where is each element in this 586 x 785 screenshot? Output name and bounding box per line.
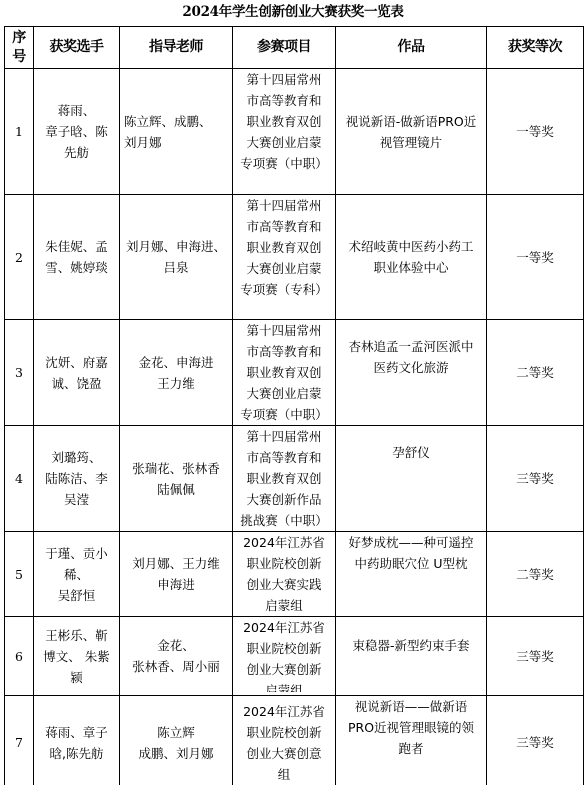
row-project: 2024年江苏省 职业院校创新 创业大赛创新 启蒙组 [233,617,336,696]
winners-line: 晗,陈先舫 [38,743,115,764]
table-row: 4 刘璐筠、 陆陈洁、李 吴滢 张瑞花、张林香 陆佩佩 第十四届常州 市高等教育… [5,426,584,532]
winners-line: 博文、 朱紫 [38,646,115,667]
advisors-line: 刘月娜、王力维 [124,553,228,574]
row-project: 2024年江苏省 职业院校创新 创业大赛实践 启蒙组 [233,532,336,617]
row-work: 好梦成枕——种可遥控 中药助眠穴位 U型枕 [336,532,487,617]
work-line: 好梦成枕——种可遥控 [340,532,482,553]
header-award: 获奖等次 [487,27,584,69]
project-line: 市高等教育和 [237,90,331,111]
winners-line: 刘璐筠、 [38,447,115,468]
row-winners: 蒋雨、 章子晗、陈 先舫 [34,69,120,195]
work-line: 束稳器-新型约束手套 [340,635,482,656]
winners-line: 陆陈洁、李 [38,468,115,489]
row-project: 2024年江苏省 职业院校创新 创业大赛创意 组 [233,696,336,785]
row-winners: 于瑾、贡小 稀、 吴舒恒 [34,532,120,617]
row-seq: 2 [5,195,34,320]
row-award: 二等奖 [487,320,584,426]
row-work: 术绍岐黄中医药小药工 职业体验中心 [336,195,487,320]
project-line: 大赛创新作品 [237,489,331,510]
winners-line: 吴滢 [38,489,115,510]
row-project: 第十四届常州 市高等教育和 职业教育双创 大赛创业启蒙 专项赛（中职） [233,320,336,426]
row-winners: 王彬乐、靳 博文、 朱紫 颍 [34,617,120,696]
row-winners: 朱佳妮、孟 雪、姚婷琰 [34,195,120,320]
header-winners: 获奖选手 [34,27,120,69]
project-line: 挑战赛（中职） [237,510,331,531]
project-line: 第十四届常州 [237,69,331,90]
row-project: 第十四届常州 市高等教育和 职业教育双创 大赛创新作品 挑战赛（中职） [233,426,336,532]
project-line: 大赛创业启蒙 [237,383,331,404]
work-line: 职业体验中心 [340,257,482,278]
advisors-line: 成鹏、刘月娜 [124,743,228,764]
row-advisors: 金花、申海进 王力维 [120,320,233,426]
row-award: 三等奖 [487,696,584,785]
row-award: 三等奖 [487,617,584,696]
work-line: 视管理镜片 [340,132,482,153]
advisors-line: 刘月娜、申海进、 [124,236,228,257]
table-row: 5 于瑾、贡小 稀、 吴舒恒 刘月娜、王力维 申海进 2024年江苏省 职业院校… [5,532,584,617]
project-line: 启蒙组 [237,680,331,692]
awards-table: 序号 获奖选手 指导老师 参赛项目 作品 获奖等次 1 蒋雨、 章子晗、陈 先舫… [4,26,584,785]
project-line: 专项赛（中职） [237,153,331,174]
row-advisors: 陈立辉、成鹏、 刘月娜 [120,69,233,195]
table-row: 6 王彬乐、靳 博文、 朱紫 颍 金花、 张林香、周小丽 2024年江苏省 职业… [5,617,584,696]
row-advisors: 刘月娜、申海进、 吕泉 [120,195,233,320]
winners-line: 吴舒恒 [38,585,115,606]
project-line: 市高等教育和 [237,447,331,468]
project-line: 第十四届常州 [237,195,331,216]
project-line: 职业教育双创 [237,237,331,258]
project-line: 大赛创业启蒙 [237,132,331,153]
advisors-line: 张林香、周小丽 [124,656,228,677]
row-award: 一等奖 [487,195,584,320]
advisors-line: 陈立辉 [124,722,228,743]
project-line: 启蒙组 [237,595,331,616]
advisors-line: 吕泉 [124,257,228,278]
row-work: 束稳器-新型约束手套 [336,617,487,696]
row-work: 杏林追孟一孟河医派中 医药文化旅游 [336,320,487,426]
winners-line: 蒋雨、 [38,100,115,121]
row-award: 一等奖 [487,69,584,195]
row-project: 第十四届常州 市高等教育和 职业教育双创 大赛创业启蒙 专项赛（专科） [233,195,336,320]
winners-line: 蒋雨、章子 [38,722,115,743]
advisors-line: 金花、 [124,635,228,656]
row-seq: 4 [5,426,34,532]
project-line: 专项赛（中职） [237,404,331,425]
work-line: 杏林追孟一孟河医派中 [340,336,482,357]
winners-line: 诚、饶盈 [38,373,115,394]
row-winners: 蒋雨、章子 晗,陈先舫 [34,696,120,785]
row-seq: 1 [5,69,34,195]
row-advisors: 陈立辉 成鹏、刘月娜 [120,696,233,785]
header-seq: 序号 [5,27,34,69]
row-advisors: 张瑞花、张林香 陆佩佩 [120,426,233,532]
advisors-line: 申海进 [124,574,228,595]
row-advisors: 刘月娜、王力维 申海进 [120,532,233,617]
table-row: 7 蒋雨、章子 晗,陈先舫 陈立辉 成鹏、刘月娜 2024年江苏省 职业院校创新… [5,696,584,785]
project-line: 创业大赛创新 [237,659,331,680]
row-project: 第十四届常州 市高等教育和 职业教育双创 大赛创业启蒙 专项赛（中职） [233,69,336,195]
project-line: 第十四届常州 [237,320,331,341]
table-header-row: 序号 获奖选手 指导老师 参赛项目 作品 获奖等次 [5,27,584,69]
table-row: 2 朱佳妮、孟 雪、姚婷琰 刘月娜、申海进、 吕泉 第十四届常州 市高等教育和 … [5,195,584,320]
row-advisors: 金花、 张林香、周小丽 [120,617,233,696]
row-seq: 7 [5,696,34,785]
winners-line: 朱佳妮、孟 [38,236,115,257]
work-line: 跑者 [340,738,482,759]
advisors-line: 张瑞花、张林香 [124,458,228,479]
project-line: 创业大赛实践 [237,574,331,595]
row-seq: 5 [5,532,34,617]
work-line: 视说新语——做新语 [340,696,482,717]
document-title: 2024年学生创新创业大赛获奖一览表 [0,3,586,21]
project-line: 专项赛（专科） [237,279,331,300]
winners-line: 章子晗、陈 [38,121,115,142]
winners-line: 颍 [38,667,115,688]
row-award: 三等奖 [487,426,584,532]
row-work: 孕舒仪 [336,426,487,532]
project-line: 职业教育双创 [237,468,331,489]
project-line: 职业教育双创 [237,111,331,132]
advisors-line: 刘月娜 [124,132,228,153]
project-line: 第十四届常州 [237,426,331,447]
row-seq: 3 [5,320,34,426]
table-row: 3 沈妍、府嘉 诚、饶盈 金花、申海进 王力维 第十四届常州 市高等教育和 职业… [5,320,584,426]
winners-line: 王彬乐、靳 [38,625,115,646]
winners-line: 稀、 [38,564,115,585]
work-line: PRO近视管理眼镜的领 [340,717,482,738]
project-line: 2024年江苏省 [237,532,331,553]
project-line: 组 [237,764,331,785]
winners-line: 雪、姚婷琰 [38,257,115,278]
winners-line: 于瑾、贡小 [38,543,115,564]
project-line: 职业院校创新 [237,722,331,743]
winners-line: 沈妍、府嘉 [38,352,115,373]
row-award: 二等奖 [487,532,584,617]
work-line: 术绍岐黄中医药小药工 [340,236,482,257]
advisors-line: 金花、申海进 [124,352,228,373]
row-work: 视说新语——做新语 PRO近视管理眼镜的领 跑者 [336,696,487,785]
row-winners: 刘璐筠、 陆陈洁、李 吴滢 [34,426,120,532]
project-line: 职业教育双创 [237,362,331,383]
winners-line: 先舫 [38,142,115,163]
row-seq: 6 [5,617,34,696]
work-line: 中药助眠穴位 U型枕 [340,553,482,574]
row-winners: 沈妍、府嘉 诚、饶盈 [34,320,120,426]
advisors-line: 陈立辉、成鹏、 [124,111,228,132]
work-line: 孕舒仪 [340,442,482,463]
advisors-line: 王力维 [124,373,228,394]
project-line: 2024年江苏省 [237,701,331,722]
work-line: 医药文化旅游 [340,357,482,378]
project-line: 职业院校创新 [237,553,331,574]
header-advisors: 指导老师 [120,27,233,69]
header-project: 参赛项目 [233,27,336,69]
advisors-line: 陆佩佩 [124,479,228,500]
table-row: 1 蒋雨、 章子晗、陈 先舫 陈立辉、成鹏、 刘月娜 第十四届常州 市高等教育和… [5,69,584,195]
row-work: 视说新语-做新语PRO近 视管理镜片 [336,69,487,195]
header-work: 作品 [336,27,487,69]
project-line: 2024年江苏省 [237,617,331,638]
project-line: 创业大赛创意 [237,743,331,764]
project-line: 大赛创业启蒙 [237,258,331,279]
project-line: 市高等教育和 [237,216,331,237]
work-line: 视说新语-做新语PRO近 [340,111,482,132]
project-line: 市高等教育和 [237,341,331,362]
project-line: 职业院校创新 [237,638,331,659]
